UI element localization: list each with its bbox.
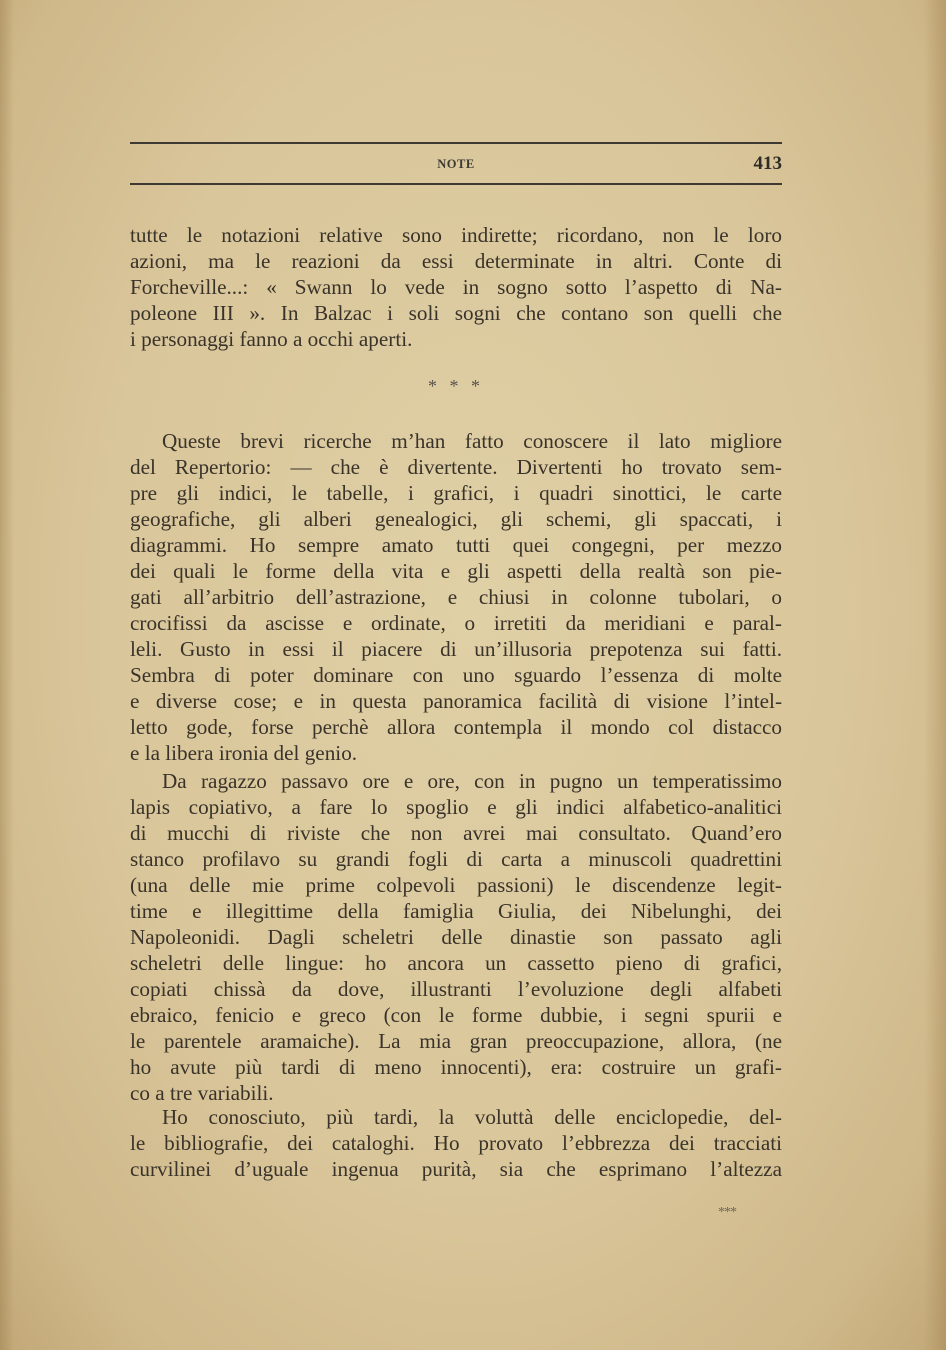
text-line: lapis copiativo, a fare lo spoglio e gli…	[130, 794, 782, 820]
running-head: NOTE 413	[130, 153, 782, 177]
running-title: NOTE	[130, 157, 782, 172]
text-line: Ho conosciuto, più tardi, la voluttà del…	[130, 1104, 782, 1130]
text-line: curvilinei d’uguale ingenua purità, sia …	[130, 1156, 782, 1182]
text-line: time e illegittime della famiglia Giulia…	[130, 898, 782, 924]
text-line: Napoleonidi. Dagli scheletri delle dinas…	[130, 924, 782, 950]
header-rule-bottom	[130, 183, 782, 185]
paragraph: Da ragazzo passavo ore e ore, con in pug…	[130, 768, 782, 1106]
text-line: tutte le notazioni relative sono indiret…	[130, 222, 782, 248]
text-line: di mucchi di riviste che non avrei mai c…	[130, 820, 782, 846]
text-line: dei quali le forme della vita e gli aspe…	[130, 558, 782, 584]
text-line: e diverse cose; e in questa panoramica f…	[130, 688, 782, 714]
text-line: geografiche, gli alberi genealogici, gli…	[130, 506, 782, 532]
text-line: le parentele aramaiche). La mia gran pre…	[130, 1028, 782, 1054]
paragraph: Queste brevi ricerche m’han fatto conosc…	[130, 428, 782, 766]
paragraph: Ho conosciuto, più tardi, la voluttà del…	[130, 1104, 782, 1182]
text-line: le bibliografie, dei cataloghi. Ho prova…	[130, 1130, 782, 1156]
text-line: ebraico, fenicio e greco (con le forme d…	[130, 1002, 782, 1028]
text-line: Forcheville...: « Swann lo vede in sogno…	[130, 274, 782, 300]
text-line: crocifissi da ascisse e ordinate, o irre…	[130, 610, 782, 636]
header-rule-top	[130, 142, 782, 144]
text-line: scheletri delle lingue: ho ancora un cas…	[130, 950, 782, 976]
text-line: copiati chissà da dove, illustranti l’ev…	[130, 976, 782, 1002]
text-line: diagrammi. Ho sempre amato tutti quei co…	[130, 532, 782, 558]
text-line: Queste brevi ricerche m’han fatto conosc…	[130, 428, 782, 454]
text-line: stanco profilavo su grandi fogli di cart…	[130, 846, 782, 872]
text-line: del Repertorio: — che è divertente. Dive…	[130, 454, 782, 480]
text-line: leli. Gusto in essi il piacere di un’ill…	[130, 636, 782, 662]
section-break-asterism: * * *	[130, 376, 782, 397]
text-line: co a tre variabili.	[130, 1080, 782, 1106]
text-line: e la libera ironia del genio.	[130, 740, 782, 766]
text-line: ho avute più tardi di meno innocenti), e…	[130, 1054, 782, 1080]
book-page: NOTE 413 tutte le notazioni relative son…	[0, 0, 946, 1350]
text-line: gati all’arbitrio dell’astrazione, e chi…	[130, 584, 782, 610]
text-line: letto gode, forse perchè allora contempl…	[130, 714, 782, 740]
text-line: pre gli indici, le tabelle, i grafici, i…	[130, 480, 782, 506]
text-line: Sembra di poter dominare con uno sguardo…	[130, 662, 782, 688]
paragraph-continuation: tutte le notazioni relative sono indiret…	[130, 222, 782, 352]
signature-mark: ***	[718, 1205, 736, 1221]
text-line: i personaggi fanno a occhi aperti.	[130, 326, 782, 352]
text-line: poleone III ». In Balzac i soli sogni ch…	[130, 300, 782, 326]
page-number: 413	[754, 153, 783, 175]
text-line: (una delle mie prime colpevoli passioni)…	[130, 872, 782, 898]
text-line: azioni, ma le reazioni da essi determina…	[130, 248, 782, 274]
text-line: Da ragazzo passavo ore e ore, con in pug…	[130, 768, 782, 794]
